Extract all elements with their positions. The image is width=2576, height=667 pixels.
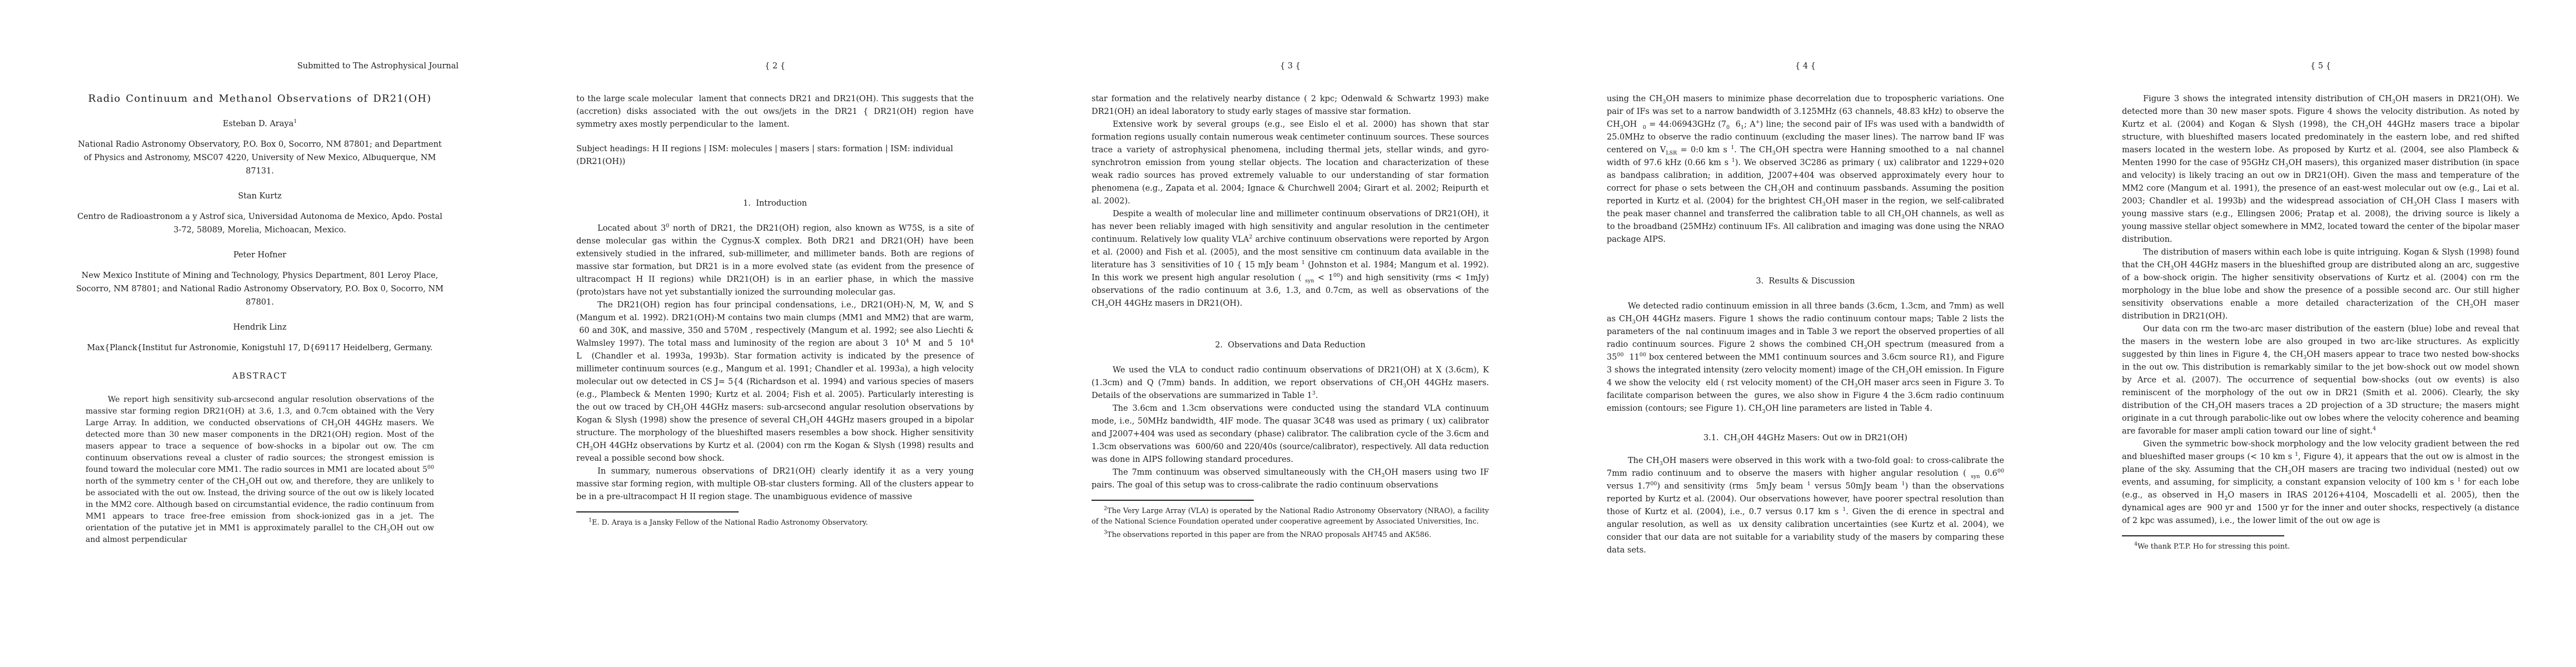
section-heading: 3. Results & Discussion — [1607, 275, 2004, 288]
page-number: { 4 { — [1607, 60, 2004, 73]
page-5: { 5 {Figure 3 shows the integrated inten… — [2061, 0, 2576, 667]
author-name: Esteban D. Araya1 — [61, 118, 459, 131]
author-name: Hendrik Linz — [61, 321, 459, 334]
abstract-heading: ABSTRACT — [61, 370, 459, 383]
page-2: { 2 {to the large scale molecular lament… — [515, 0, 1030, 667]
paragraph: In summary, numerous observations of DR2… — [576, 465, 974, 504]
paragraph: The DR21(OH) region has four principal c… — [576, 299, 974, 465]
paragraph: Despite a wealth of molecular line and m… — [1092, 208, 1489, 310]
page-number: { 5 { — [2122, 60, 2519, 73]
footnote-block: 1E. D. Araya is a Jansky Fellow of the N… — [576, 511, 974, 528]
paragraph: Given the symmetric bow-shock morphology… — [2122, 438, 2519, 527]
paragraph: The CH3OH masers were observed in this w… — [1607, 455, 2004, 557]
page-4: { 4 {using the CH3OH masers to minimize … — [1546, 0, 2061, 667]
document-canvas: arXiv:0904.4086v1 [astro-ph.GA] 27 Apr 2… — [0, 0, 2576, 667]
submitted-note: Submitted to The Astrophysical Journal — [61, 60, 459, 73]
author-affiliation: National Radio Astronomy Observatory, P.… — [61, 138, 459, 178]
footnote-rule — [576, 511, 739, 512]
paragraph: Located about 30 north of DR21, the DR21… — [576, 222, 974, 299]
page-number: { 3 { — [1092, 60, 1489, 73]
paper-title: Radio Continuum and Methanol Observation… — [61, 92, 459, 106]
page-3: { 3 {star formation and the relatively n… — [1030, 0, 1546, 667]
author-name: Stan Kurtz — [61, 190, 459, 203]
paragraph: We used the VLA to conduct radio continu… — [1092, 364, 1489, 402]
author-affiliation: Centro de Radioastronom a y Astrof sica,… — [61, 210, 459, 237]
footnote: 3The observations reported in this paper… — [1092, 530, 1489, 540]
page-number: { 2 { — [576, 60, 974, 73]
author-affiliation: Max{Planck{Institut fur Astronomie, Koni… — [61, 341, 459, 355]
author-name: Peter Hofner — [61, 249, 459, 262]
paragraph: Extensive work by several groups (e.g., … — [1092, 118, 1489, 208]
paragraph: to the large scale molecular lament that… — [576, 93, 974, 131]
subsection-heading: 3.1. CH3OH 44GHz Masers: Out ow in DR21(… — [1607, 432, 2004, 445]
footnote-block: 4We thank P.T.P. Ho for stressing this p… — [2122, 535, 2519, 552]
paragraph: The 3.6cm and 1.3cm observations were co… — [1092, 402, 1489, 466]
author-affiliation: New Mexico Institute of Mining and Techn… — [61, 269, 459, 309]
section-heading: 1. Introduction — [576, 197, 974, 210]
paragraph: star formation and the relatively nearby… — [1092, 93, 1489, 118]
abstract-text: We report high sensitivity sub-arcsecond… — [61, 394, 459, 546]
paragraph: The 7mm continuum was observed simultane… — [1092, 466, 1489, 492]
paragraph: We detected radio continuum emission in … — [1607, 300, 2004, 415]
footnote: 4We thank P.T.P. Ho for stressing this p… — [2122, 541, 2519, 552]
paragraph: Our data con rm the two-arc maser distri… — [2122, 323, 2519, 438]
subject-headings: Subject headings: H II regions | ISM: mo… — [576, 143, 974, 168]
paragraph: Figure 3 shows the integrated intensity … — [2122, 93, 2519, 246]
footnote-block: 2The Very Large Array (VLA) is operated … — [1092, 500, 1489, 540]
footnote-rule — [2122, 535, 2284, 536]
section-heading: 2. Observations and Data Reduction — [1092, 339, 1489, 352]
footnote: 2The Very Large Array (VLA) is operated … — [1092, 506, 1489, 527]
footnote-rule — [1092, 500, 1254, 501]
page-1: Submitted to The Astrophysical JournalRa… — [0, 0, 515, 667]
footnote: 1E. D. Araya is a Jansky Fellow of the N… — [576, 517, 974, 528]
paragraph: The distribution of masers within each l… — [2122, 246, 2519, 323]
paragraph: using the CH3OH masers to minimize phase… — [1607, 93, 2004, 246]
pages-row: Submitted to The Astrophysical JournalRa… — [0, 0, 2576, 667]
